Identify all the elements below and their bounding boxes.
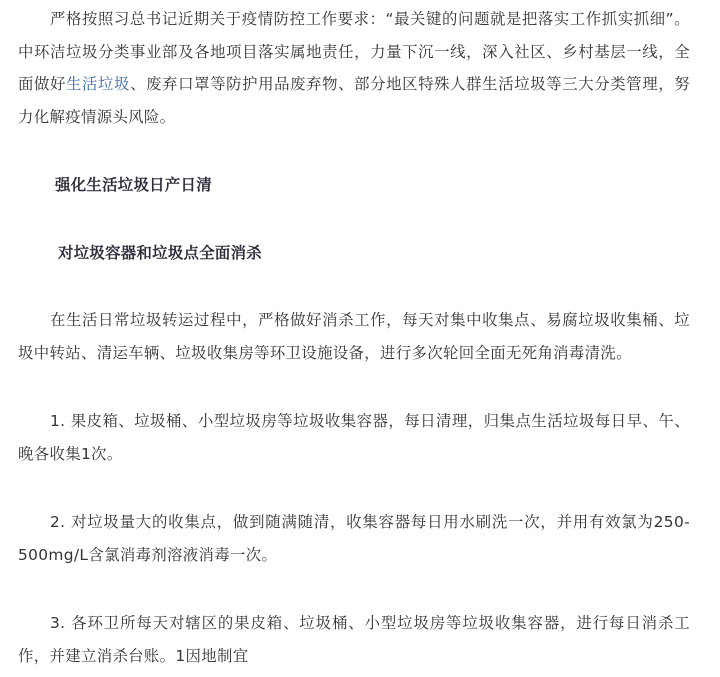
intro-paragraph: 严格按照习总书记近期关于疫情防控工作要求：“最关键的问题就是把落实工作抓实抓细”… <box>18 3 690 133</box>
list-item-2: 2. 对垃圾量大的收集点，做到随满随清，收集容器每日用水刷洗一次，并用有效氯为2… <box>18 506 690 571</box>
section-heading-full-disinfection: 对垃圾容器和垃圾点全面消杀 <box>18 237 690 270</box>
disinfection-paragraph: 在生活日常垃圾转运过程中，严格做好消杀工作，每天对集中收集点、易腐垃圾收集桶、垃… <box>18 304 690 369</box>
list-item-1: 1. 果皮箱、垃圾桶、小型垃圾房等垃圾收集容器，每日清理，归集点生活垃圾每日早、… <box>18 405 690 470</box>
article-body: 严格按照习总书记近期关于疫情防控工作要求：“最关键的问题就是把落实工作抓实抓细”… <box>0 0 696 672</box>
section-heading-daily-clearance: 强化生活垃圾日产日清 <box>18 169 690 202</box>
list-item-3: 3. 各环卫所每天对辖区的果皮箱、垃圾桶、小型垃圾房等垃圾收集容器，进行每日消杀… <box>18 607 690 672</box>
link-household-garbage[interactable]: 生活垃圾 <box>66 75 130 93</box>
